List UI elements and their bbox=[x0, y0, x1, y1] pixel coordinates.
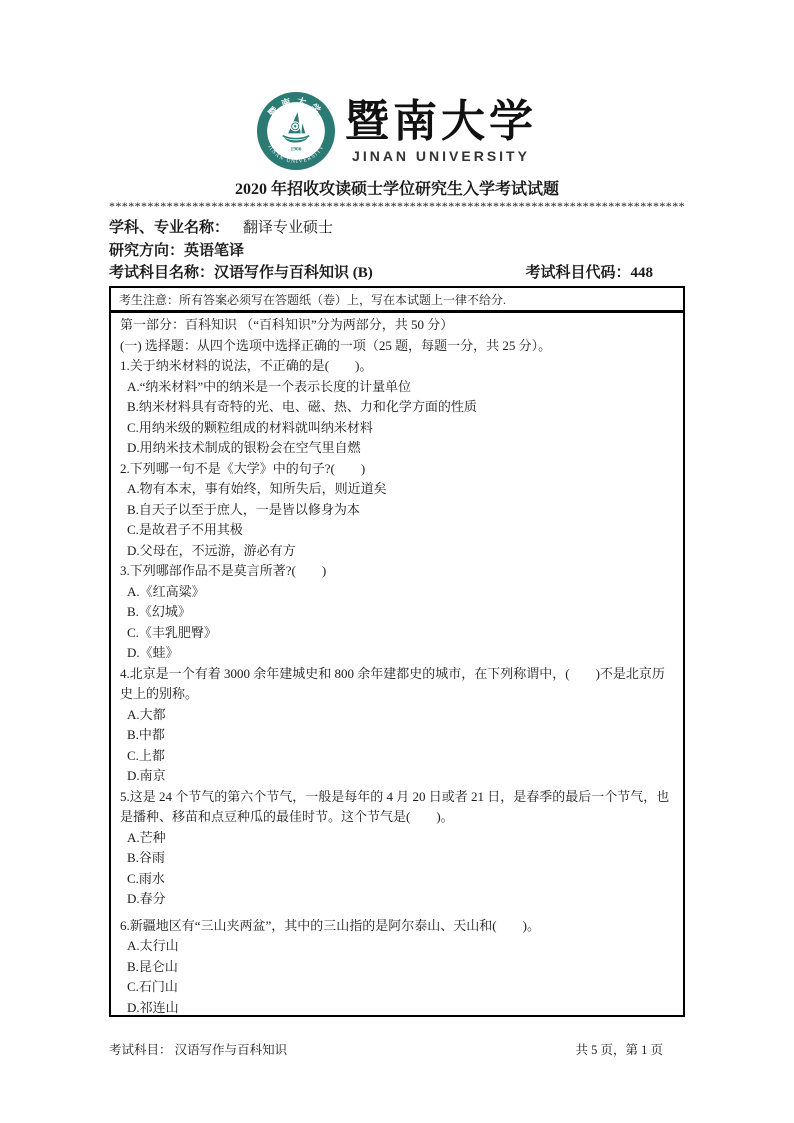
meta-direction-line: 研究方向：英语笔译 bbox=[109, 240, 685, 263]
footer-page-number: 共 5 页，第 1 页 bbox=[575, 1040, 685, 1058]
university-name-en: JINAN UNIVERSITY bbox=[352, 148, 530, 164]
question-option: D.父母在，不远游，游必有方 bbox=[120, 541, 674, 562]
question-option: B.纳米材料具有奇特的光、电、磁、热、力和化学方面的性质 bbox=[120, 397, 674, 418]
meta-subject-name: 考试科目名称：汉语写作与百科知识 (B) bbox=[109, 262, 373, 285]
question-stem: 5.这是 24 个节气的第六个节气，一般是每年的 4 月 20 日或者 21 日… bbox=[120, 787, 674, 828]
meta-major-line: 学科、专业名称：翻译专业硕士 bbox=[109, 217, 685, 240]
question-option: D.祁连山 bbox=[120, 998, 674, 1018]
question-4: 4.北京是一个有着 3000 余年建城史和 800 余年建都史的城市，在下列称谓… bbox=[120, 664, 674, 787]
question-option: C.用纳米级的颗粒组成的材料就叫纳米材料 bbox=[120, 418, 674, 439]
question-option: D.春分 bbox=[120, 889, 674, 910]
university-logo: 暨南大学 JINAN UNIVERSITY 1906 暨南大学 JINAN UN… bbox=[0, 92, 794, 170]
footer-subject: 考试科目： 汉语写作与百科知识 bbox=[109, 1040, 287, 1058]
question-option: A.太行山 bbox=[120, 936, 674, 957]
question-stem: 3.下列哪部作品不是莫言所著?( ) bbox=[120, 561, 674, 582]
seal-year-text: 1906 bbox=[291, 147, 302, 153]
part-title: 第一部分：百科知识 （“百科知识”分为两部分，共 50 分） bbox=[120, 315, 674, 336]
question-option: B.《幻城》 bbox=[120, 602, 674, 623]
question-option: B.昆仑山 bbox=[120, 957, 674, 978]
university-name-cn: 暨南大学 bbox=[345, 98, 537, 146]
question-stem: 4.北京是一个有着 3000 余年建城史和 800 余年建都史的城市，在下列称谓… bbox=[120, 664, 674, 705]
exam-paper-page: 暨南大学 JINAN UNIVERSITY 1906 暨南大学 JINAN UN… bbox=[0, 0, 794, 1123]
question-1: 1.关于纳米材料的说法，不正确的是( )。 A.“纳米材料”中的纳米是一个表示长… bbox=[120, 356, 674, 459]
meta-subject-line: 考试科目名称：汉语写作与百科知识 (B) 考试科目代码：448 bbox=[109, 262, 685, 285]
question-stem: 6.新疆地区有“三山夹两盆”，其中的三山指的是阿尔泰山、天山和( )。 bbox=[120, 916, 674, 937]
question-option: A.芒种 bbox=[120, 828, 674, 849]
question-option: C.石门山 bbox=[120, 977, 674, 998]
question-option: A.“纳米材料”中的纳米是一个表示长度的计量单位 bbox=[120, 377, 674, 398]
question-stem: 2.下列哪一句不是《大学》中的句子?( ) bbox=[120, 459, 674, 480]
question-stem: 1.关于纳米材料的说法，不正确的是( )。 bbox=[120, 356, 674, 377]
page-footer: 考试科目： 汉语写作与百科知识 共 5 页，第 1 页 bbox=[109, 1040, 685, 1058]
question-option: D.用纳米技术制成的银粉会在空气里自燃 bbox=[120, 438, 674, 459]
question-option: A.大都 bbox=[120, 705, 674, 726]
question-5: 5.这是 24 个节气的第六个节气，一般是每年的 4 月 20 日或者 21 日… bbox=[120, 787, 674, 910]
question-option: D.《蛙》 bbox=[120, 643, 674, 664]
question-3: 3.下列哪部作品不是莫言所著?( ) A.《红高粱》 B.《幻城》 C.《丰乳肥… bbox=[120, 561, 674, 664]
meta-major-value: 翻译专业硕士 bbox=[243, 220, 333, 236]
question-option: A.《红高粱》 bbox=[120, 582, 674, 603]
question-option: C.雨水 bbox=[120, 869, 674, 890]
meta-subject-code: 考试科目代码：448 bbox=[525, 262, 685, 285]
section-title: (一) 选择题：从四个选项中选择正确的一项（25 题，每题一分，共 25 分）。 bbox=[120, 336, 674, 357]
asterisk-divider: ****************************************… bbox=[109, 199, 685, 213]
question-2: 2.下列哪一句不是《大学》中的句子?( ) A.物有本末，事有始终，知所失后，则… bbox=[120, 459, 674, 562]
exam-title: 2020 年招收攻读硕士学位研究生入学考试试题 bbox=[0, 176, 794, 199]
question-option: A.物有本末，事有始终，知所失后，则近道矣 bbox=[120, 479, 674, 500]
question-area: 第一部分：百科知识 （“百科知识”分为两部分，共 50 分） (一) 选择题：从… bbox=[109, 310, 685, 1017]
question-option: C.是故君子不用其极 bbox=[120, 520, 674, 541]
question-option: B.中都 bbox=[120, 725, 674, 746]
question-option: C.上都 bbox=[120, 746, 674, 767]
candidate-notice: 考生注意：所有答案必须写在答题纸（卷）上，写在本试题上一律不给分. bbox=[109, 286, 685, 313]
question-6: 6.新疆地区有“三山夹两盆”，其中的三山指的是阿尔泰山、天山和( )。 A.太行… bbox=[120, 916, 674, 1018]
question-option: B.自天子以至于庶人，一是皆以修身为本 bbox=[120, 500, 674, 521]
question-option: C.《丰乳肥臀》 bbox=[120, 623, 674, 644]
question-option: B.谷雨 bbox=[120, 848, 674, 869]
question-option: D.南京 bbox=[120, 766, 674, 787]
university-seal-icon: 暨南大学 JINAN UNIVERSITY 1906 bbox=[257, 92, 335, 170]
meta-major-label: 学科、专业名称： bbox=[109, 220, 229, 236]
exam-meta: 学科、专业名称：翻译专业硕士 研究方向：英语笔译 考试科目名称：汉语写作与百科知… bbox=[109, 217, 685, 285]
